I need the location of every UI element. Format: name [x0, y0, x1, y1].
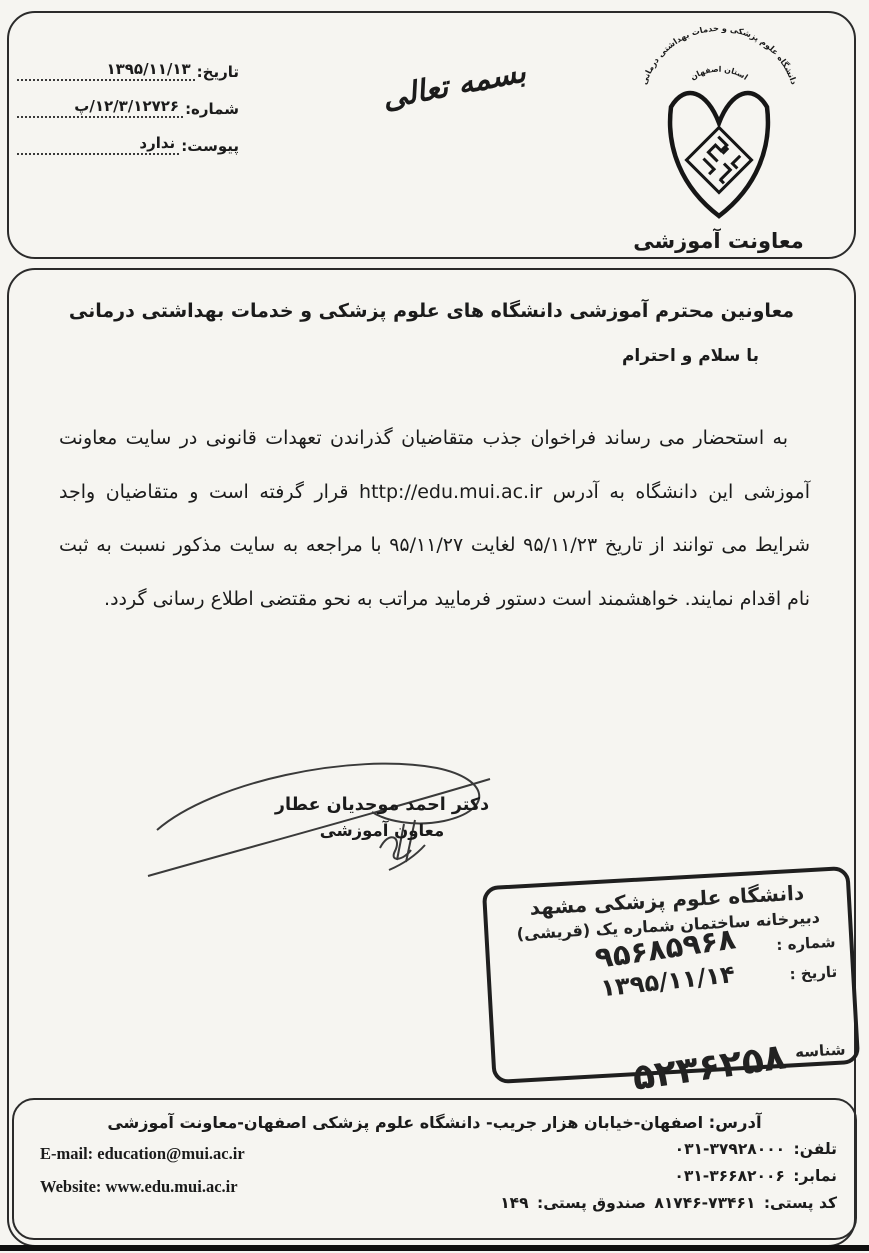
- phone-number: ۰۳۱-۳۷۹۲۸۰۰۰: [672, 1140, 789, 1158]
- signature-block: دکتر احمد موحدیان عطار معاون آموزشی: [242, 795, 522, 840]
- postal-row: کد پستی: ۸۱۷۴۶-۷۳۴۶۱ صندوق پستی: ۱۴۹: [497, 1194, 837, 1212]
- receipt-stamp: دانشگاه علوم پزشکی مشهد دبیرخانه ساختمان…: [482, 866, 860, 1084]
- letter-meta-block: تاریخ: ۱۳۹۵/۱۱/۱۳ شماره: ۱۲/۳/۱۲۷۲۶/پ پی…: [17, 53, 239, 164]
- address-line: آدرس: اصفهان-خیابان هزار جریب- دانشگاه ع…: [14, 1113, 855, 1132]
- signer-name: دکتر احمد موحدیان عطار: [242, 795, 522, 815]
- stamp-number-label: شماره :: [776, 933, 836, 954]
- email-row: E-mail: education@mui.ac.ir: [40, 1144, 245, 1164]
- stamp-id-handwritten: ۵۲۳۶۲۵۸: [630, 1036, 788, 1099]
- scan-bottom-edge: [0, 1245, 869, 1251]
- meta-row-number: شماره: ۱۲/۳/۱۲۷۲۶/پ: [17, 90, 239, 118]
- salutation-line: با سلام و احترام: [9, 346, 854, 366]
- logo-arc-text: دانشگاه علوم پزشکی و خدمات بهداشتی درمان…: [638, 27, 799, 86]
- bismillah-calligraphy: بسمه تعالی: [338, 46, 570, 124]
- attachment-value: ندارد: [139, 134, 175, 152]
- university-logo-block: دانشگاه علوم پزشکی و خدمات بهداشتی درمان…: [601, 27, 836, 253]
- letter-body-text: به استحضار می رساند فراخوان جذب متقاضیان…: [59, 412, 810, 626]
- fax-label: نمابر:: [793, 1167, 837, 1185]
- postal-code-value: ۸۱۷۴۶-۷۳۴۶۱: [651, 1194, 758, 1212]
- stamp-date-label: تاریخ :: [789, 963, 838, 984]
- date-label: تاریخ:: [195, 63, 239, 81]
- svg-text:دانشگاه علوم پزشکی و خدمات بهد: دانشگاه علوم پزشکی و خدمات بهداشتی درمان…: [638, 27, 799, 86]
- footer-phone-column: تلفن: ۰۳۱-۳۷۹۲۸۰۰۰ نمابر: ۰۳۱-۳۶۶۸۲۰۰۶ ک…: [497, 1140, 837, 1221]
- svg-text:استان اصفهان: استان اصفهان: [688, 65, 749, 82]
- address-value: اصفهان-خیابان هزار جریب- دانشگاه علوم پز…: [107, 1113, 703, 1132]
- stamp-id-label: شناسه: [795, 1040, 846, 1061]
- number-label: شماره:: [183, 100, 239, 118]
- footer-web-column: E-mail: education@mui.ac.ir Website: www…: [40, 1144, 245, 1210]
- department-title: معاونت آموزشی: [601, 229, 836, 253]
- fax-row: نمابر: ۰۳۱-۳۶۶۸۲۰۰۶: [497, 1167, 837, 1185]
- logo-arc-subtext: استان اصفهان: [688, 65, 749, 82]
- phone-row: تلفن: ۰۳۱-۳۷۹۲۸۰۰۰: [497, 1140, 837, 1158]
- website-value: www.edu.mui.ac.ir: [106, 1177, 238, 1196]
- website-row: Website: www.edu.mui.ac.ir: [40, 1177, 245, 1197]
- postal-code-label: کد پستی:: [764, 1194, 837, 1212]
- meta-row-attachment: پیوست: ندارد: [17, 127, 239, 155]
- attachment-label: پیوست:: [179, 137, 239, 155]
- date-value: ۱۳۹۵/۱۱/۱۳: [106, 60, 190, 78]
- fax-number: ۰۳۱-۳۶۶۸۲۰۰۶: [671, 1167, 788, 1185]
- scanned-letter-page: { "meta": { "rows": [ {"label": "تاریخ:"…: [0, 0, 869, 1253]
- pobox-label: صندوق پستی:: [537, 1194, 646, 1212]
- address-label: آدرس:: [709, 1113, 762, 1132]
- footer-contact-box: آدرس: اصفهان-خیابان هزار جریب- دانشگاه ع…: [12, 1098, 857, 1240]
- attachment-dotted-line: ندارد: [17, 129, 179, 155]
- number-value: ۱۲/۳/۱۲۷۲۶/پ: [74, 97, 179, 115]
- recipient-line: معاونین محترم آموزشی دانشگاه های علوم پز…: [9, 270, 854, 322]
- email-label: E-mail:: [40, 1144, 93, 1163]
- email-value: education@mui.ac.ir: [97, 1144, 244, 1163]
- website-label: Website:: [40, 1177, 101, 1196]
- letterhead-box: تاریخ: ۱۳۹۵/۱۱/۱۳ شماره: ۱۲/۳/۱۲۷۲۶/پ پی…: [7, 11, 856, 259]
- number-dotted-line: ۱۲/۳/۱۲۷۲۶/پ: [17, 92, 183, 118]
- university-seal-icon: دانشگاه علوم پزشکی و خدمات بهداشتی درمان…: [633, 27, 805, 223]
- signer-title: معاون آموزشی: [242, 821, 522, 840]
- pobox-value: ۱۴۹: [497, 1194, 531, 1212]
- meta-row-date: تاریخ: ۱۳۹۵/۱۱/۱۳: [17, 53, 239, 81]
- date-dotted-line: ۱۳۹۵/۱۱/۱۳: [17, 55, 195, 81]
- phone-label: تلفن:: [794, 1140, 837, 1158]
